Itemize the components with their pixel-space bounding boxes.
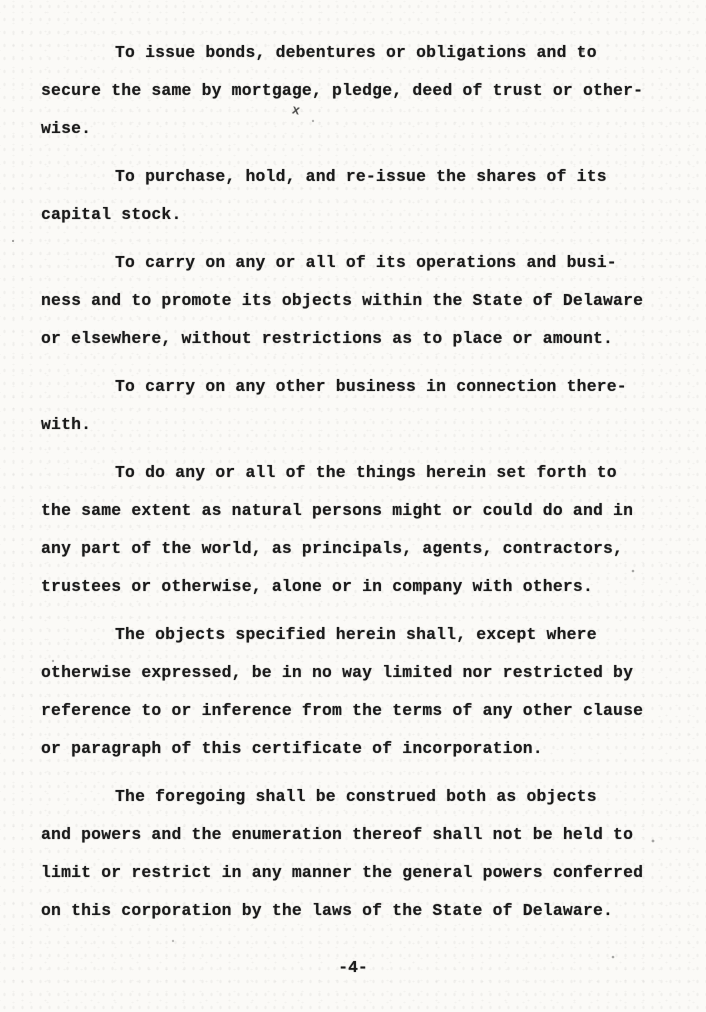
scan-speck-artifacts bbox=[12, 240, 14, 242]
text-line: and powers and the enumeration thereof s… bbox=[41, 816, 663, 854]
paragraph: To carry on any or all of its operations… bbox=[41, 244, 663, 358]
text-line: To carry on any other business in connec… bbox=[41, 368, 663, 406]
text-line: any part of the world, as principals, ag… bbox=[41, 530, 663, 568]
paragraph: The foregoing shall be construed both as… bbox=[41, 778, 663, 930]
text-line: To carry on any or all of its operations… bbox=[41, 244, 663, 282]
document-page: x To issue bonds, debentures or obligati… bbox=[0, 0, 706, 1012]
text-line: trustees or otherwise, alone or in compa… bbox=[41, 568, 663, 606]
text-line: or elsewhere, without restrictions as to… bbox=[41, 320, 663, 358]
paragraph: To issue bonds, debentures or obligation… bbox=[41, 34, 663, 148]
text-line: To purchase, hold, and re-issue the shar… bbox=[41, 158, 663, 196]
text-line: wise. bbox=[41, 110, 663, 148]
text-line: capital stock. bbox=[41, 196, 663, 234]
text-line: limit or restrict in any manner the gene… bbox=[41, 854, 663, 892]
paragraph: To carry on any other business in connec… bbox=[41, 368, 663, 444]
text-line: reference to or inference from the terms… bbox=[41, 692, 663, 730]
text-line: ness and to promote its objects within t… bbox=[41, 282, 663, 320]
paragraph: To do any or all of the things herein se… bbox=[41, 454, 663, 606]
text-line: The foregoing shall be construed both as… bbox=[41, 778, 663, 816]
text-line: secure the same by mortgage, pledge, dee… bbox=[41, 72, 663, 110]
text-line: the same extent as natural persons might… bbox=[41, 492, 663, 530]
text-line: on this corporation by the laws of the S… bbox=[41, 892, 663, 930]
text-line: The objects specified herein shall, exce… bbox=[41, 616, 663, 654]
paragraph: To purchase, hold, and re-issue the shar… bbox=[41, 158, 663, 234]
text-line: otherwise expressed, be in no way limite… bbox=[41, 654, 663, 692]
text-line: To issue bonds, debentures or obligation… bbox=[41, 34, 663, 72]
page-body-text: To issue bonds, debentures or obligation… bbox=[41, 34, 663, 940]
text-line: with. bbox=[41, 406, 663, 444]
text-line: To do any or all of the things herein se… bbox=[41, 454, 663, 492]
paragraph: The objects specified herein shall, exce… bbox=[41, 616, 663, 768]
page-number: -4- bbox=[0, 958, 706, 977]
text-line: or paragraph of this certificate of inco… bbox=[41, 730, 663, 768]
